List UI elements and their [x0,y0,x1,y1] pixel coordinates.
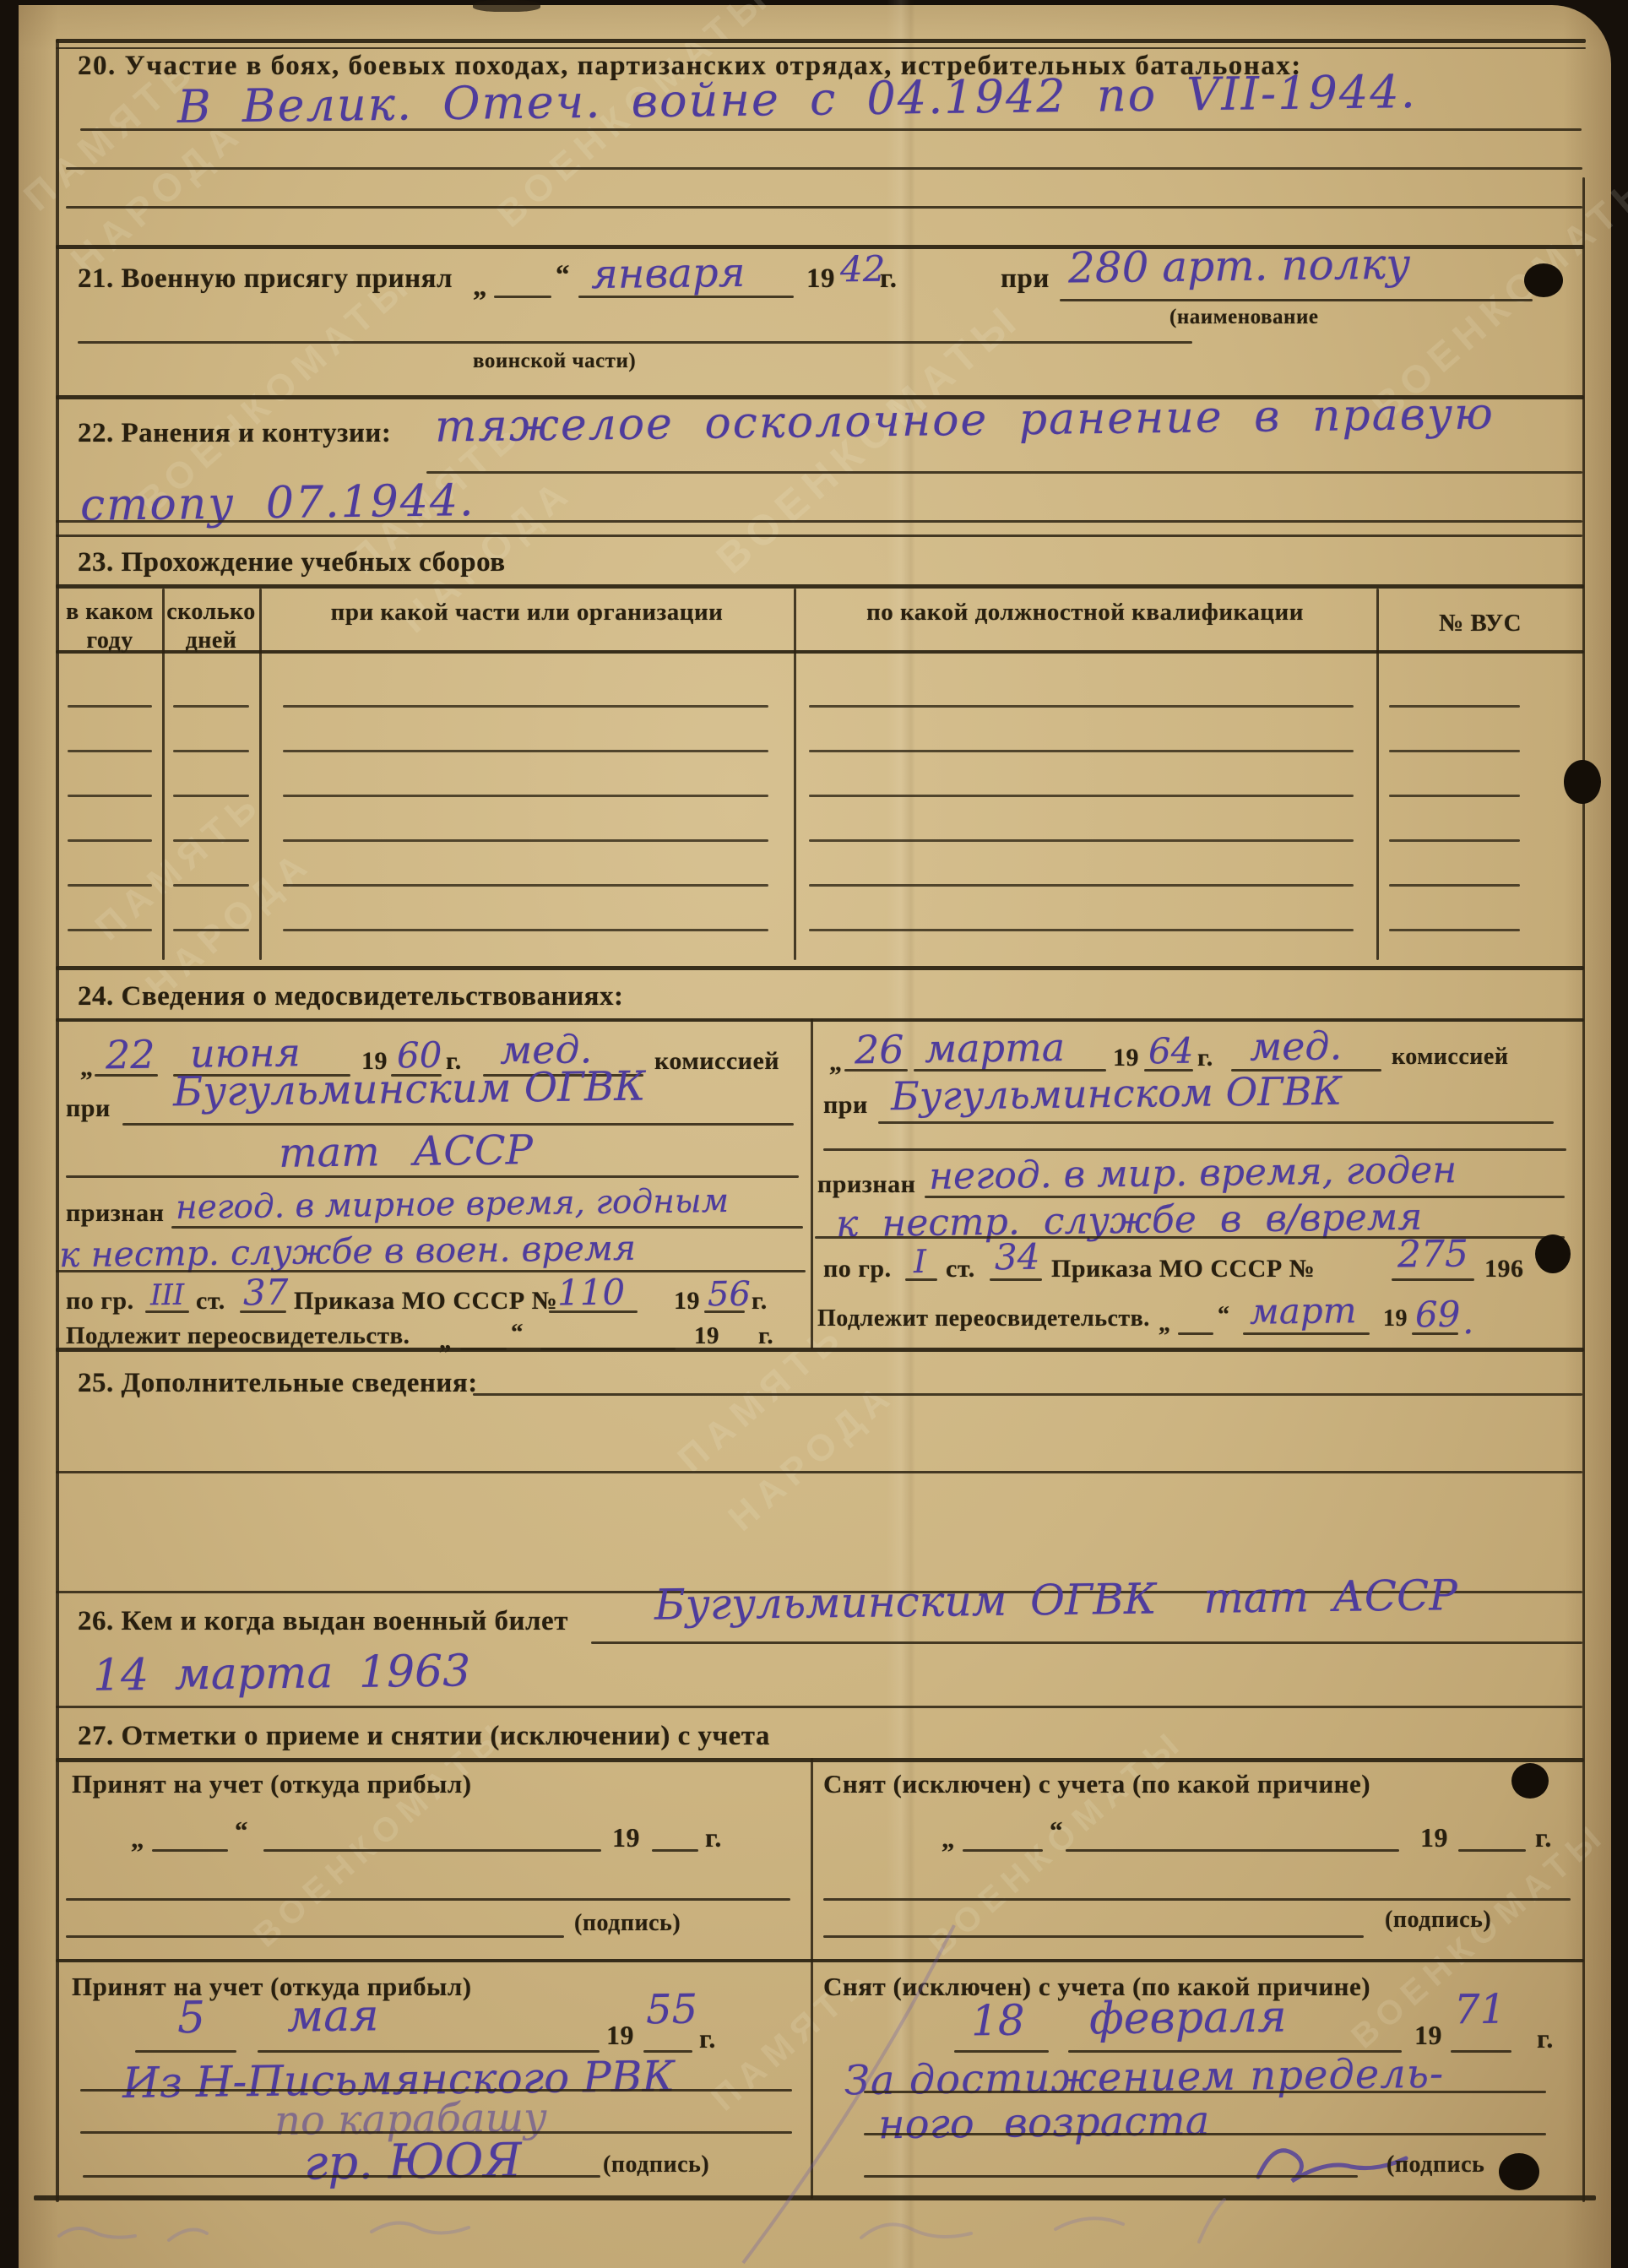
blank-line [1412,1332,1458,1335]
day-blank-line [494,296,551,298]
blank-line [652,1849,698,1852]
accepted-day-handwritten: 5 [177,1993,206,2043]
commission-label: комиссией [1392,1044,1508,1071]
section-26-label: 26. Кем и когда выдан военный билет [78,1606,568,1637]
year-prefix: 19 [674,1287,700,1316]
year-suffix: г. [1535,1822,1552,1853]
section-23-label: 23. Прохождение учебных сборов [78,547,506,578]
blank-line [963,1849,1043,1852]
signature-caption: (подпись) [574,1910,681,1937]
rule-line [66,1898,790,1901]
signature-caption-cut: (подпись [1387,2151,1484,2178]
table-header-vus: № ВУС [1379,610,1582,638]
prikaz-label: Приказа МО СССР № [1051,1255,1315,1283]
year-suffix: г. [758,1322,773,1350]
open-quote: „ [131,1824,144,1854]
med-left-fitness2-handwritten: к нестр. службе в воен. время [59,1228,637,1275]
accepted-header: Принят на учет (откуда прибыл) [72,1769,472,1799]
hole-punch [1524,263,1563,297]
year-prefix: 19 [1383,1305,1408,1332]
rule-line [80,128,1582,131]
med-right-article-handwritten: 34 [995,1236,1040,1278]
med-right-type-handwritten: мед. [1250,1023,1343,1069]
commission-label: комиссией [654,1047,779,1076]
blank-line [990,1278,1042,1281]
signature-caption: (подпись) [1385,1907,1491,1934]
removed-day-handwritten: 18 [971,1996,1025,2046]
year-suffix: г. [1537,2023,1554,2054]
open-quote: „ [1159,1310,1171,1337]
scanned-military-id-page: ПАМЯТЬ НАРОДА ВОЕНКОМАТЫ ВОЕНКОМАТЫ ПАМЯ… [0,0,1628,2268]
priznan-label: признан [66,1199,164,1228]
rule-line [66,167,1582,170]
order-year-printed: 196 [1484,1255,1524,1283]
med-left-group-handwritten: III [150,1278,185,1312]
rule-line [56,1706,1582,1708]
unit-blank-line [1060,299,1533,301]
issued-by-handwritten: Бугульминским ОГВК тат АССР [654,1571,1458,1630]
med-left-unit2-handwritten: тат АССР [279,1126,534,1177]
section-24-label: 24. Сведения о медосвидетельствованиях: [78,981,623,1012]
priznan-label: признан [817,1170,915,1199]
blank-line [145,1310,189,1313]
reexam-period-handwritten: . [1462,1300,1474,1342]
year-suffix: г. [880,263,898,295]
st-label: ст. [946,1255,975,1283]
close-quote: “ [511,1319,524,1347]
year-prefix: 19 [694,1322,719,1350]
table-column-line [794,589,796,960]
month-blank-line [578,296,794,298]
table-column-line [259,589,262,960]
removed-year-handwritten: 71 [1454,1986,1506,2034]
rule-line [426,471,1582,474]
med-right-unit-handwritten: Бугульминском ОГВК [891,1068,1343,1120]
blank-line [95,1074,158,1077]
table-column-line [162,589,165,960]
pencil-scribble [844,2195,1317,2263]
rule-line [78,341,1192,344]
blank-line [171,1226,803,1229]
year-prefix: 19 [806,263,835,295]
frame-right-border [1582,177,1585,2202]
pri-label: при [1001,263,1050,295]
section-21-label: 21. Военную присягу принял [78,263,453,295]
med-right-year-handwritten: 64 [1148,1030,1194,1072]
table-bottom-border [56,966,1584,970]
rule-line [56,1270,806,1272]
reexam-month-handwritten: март [1250,1289,1357,1332]
table-header-unit: при какой части или организации [262,598,792,627]
med-right-month-handwritten: марта [925,1024,1066,1072]
med-right-order-handwritten: 275 [1397,1232,1469,1276]
prikaz-label: Приказа МО СССР № [294,1287,557,1316]
med-right-day-handwritten: 26 [855,1027,904,1073]
issue-date-handwritten: 14 марта 1963 [93,1646,471,1701]
blank-line [844,1069,908,1072]
section-27-label: 27. Отметки о приеме и снятии (исключени… [78,1721,770,1752]
year-suffix: г. [699,2023,716,2054]
year-prefix: 19 [1414,2020,1442,2051]
section-22-label: 22. Ранения и контузии: [78,418,391,449]
close-quote: “ [1050,1815,1063,1846]
blank-line [549,1310,638,1313]
rule-line [823,1898,1571,1901]
blank-line [1178,1332,1213,1335]
table-column-line [1376,589,1379,960]
blank-line [473,1393,1582,1396]
frame-top-border [56,39,1586,43]
reexam-label: Подлежит переосвидетельств. [66,1322,410,1350]
section-24-top-border [56,1018,1584,1022]
accepted-year-handwritten: 55 [646,1986,698,2034]
year-suffix: г. [705,1822,722,1853]
reexam-year-handwritten: 69 [1415,1294,1461,1336]
table-header-border [56,650,1584,654]
blank-line [878,1121,1554,1124]
table-top-border [56,584,1584,589]
accepted-signature-handwritten: гр. ЮОЯ [304,2133,522,2190]
oath-year-handwritten: 42 [840,248,886,290]
rule-line [56,520,1582,523]
pri-label: при [823,1091,868,1120]
year-prefix: 19 [612,1822,640,1853]
blank-line [240,1310,286,1313]
med-left-order-year-handwritten: 56 [708,1275,751,1315]
open-quote: „ [473,272,487,303]
blank-line [1451,2050,1511,2053]
rule-line [56,1471,1582,1473]
removed-header: Снят (исключен) с учета (по какой причин… [823,1769,1370,1799]
med-left-article-handwritten: 37 [243,1272,289,1314]
hole-punch [1511,1763,1549,1799]
frame-left-border [56,39,59,2202]
hole-punch [1535,1234,1571,1273]
year-prefix: 19 [606,2020,634,2051]
pencil-scribble [51,2202,557,2261]
frame-top-border-2 [56,47,1586,49]
open-quote: „ [942,1824,955,1854]
signature-caption: (подпись) [603,2151,709,2178]
rule-line [80,2089,792,2092]
rule-line [80,2131,792,2134]
close-quote: “ [1218,1302,1230,1329]
close-quote: “ [556,260,570,291]
blank-line [122,1123,794,1126]
rule-line [66,1175,799,1178]
table-header-days: сколько дней [164,598,258,654]
blank-line [152,1849,228,1852]
med-left-day-handwritten: 22 [106,1032,155,1078]
year-suffix: г. [1197,1044,1213,1072]
table-header-year: в каком году [57,598,162,654]
rule-line [66,206,1582,209]
signature-line [83,2175,600,2178]
accepted-month-handwritten: мая [287,1990,379,2042]
section-divider [56,534,1582,537]
blank-line [258,2050,600,2053]
po-gr-label: по гр. [823,1255,892,1283]
po-gr-label: по гр. [66,1287,134,1316]
hole-punch [1499,2153,1539,2190]
blank-line [135,2050,236,2053]
blank-line [704,1310,745,1313]
med-left-unit-handwritten: Бугульминским ОГВК [173,1063,646,1116]
year-suffix: г. [752,1287,768,1316]
blank-line [1066,1849,1399,1852]
year-prefix: 19 [1113,1044,1139,1072]
section-27-top-border [56,1758,1584,1762]
med-left-order-handwritten: 110 [557,1272,626,1314]
med-right-group-handwritten: I [914,1243,927,1280]
oath-unit-handwritten: 280 арт. полку [1068,240,1411,293]
reexam-label: Подлежит переосвидетельств. [817,1305,1150,1332]
blank-line [591,1641,1582,1644]
section-25-label: 25. Дополнительные сведения: [78,1368,478,1399]
blank-line [905,1278,937,1281]
blank-line [1458,1849,1526,1852]
unit-caption-2: воинской части) [473,350,636,373]
accepted-header-2: Принят на учет (откуда прибыл) [72,1972,472,2002]
table-header-qualification: по какой должностной квалификации [796,598,1374,627]
section-24-bottom-border [56,1348,1584,1352]
med-right-fitness1-handwritten: негод. в мир. время, годен [929,1148,1457,1198]
blank-line [1243,1332,1370,1335]
section-24-column-divider [811,1018,813,1349]
signature-line [66,1935,564,1938]
year-prefix: 19 [1420,1822,1448,1853]
med-left-fitness1-handwritten: негод. в мирное время, годным [176,1182,730,1227]
unit-caption-1: (наименование [1169,306,1318,329]
removed-month-handwritten: февраля [1089,1992,1287,2045]
blank-line [263,1849,601,1852]
pri-label: при [66,1094,111,1123]
st-label: ст. [196,1287,225,1316]
open-quote: „ [829,1049,843,1077]
page-edge-smudge [473,0,540,12]
close-quote: “ [235,1815,248,1846]
blank-line [1392,1278,1474,1281]
open-quote: „ [80,1054,94,1082]
oath-month-handwritten: января [591,249,746,298]
hole-punch [1564,760,1601,804]
